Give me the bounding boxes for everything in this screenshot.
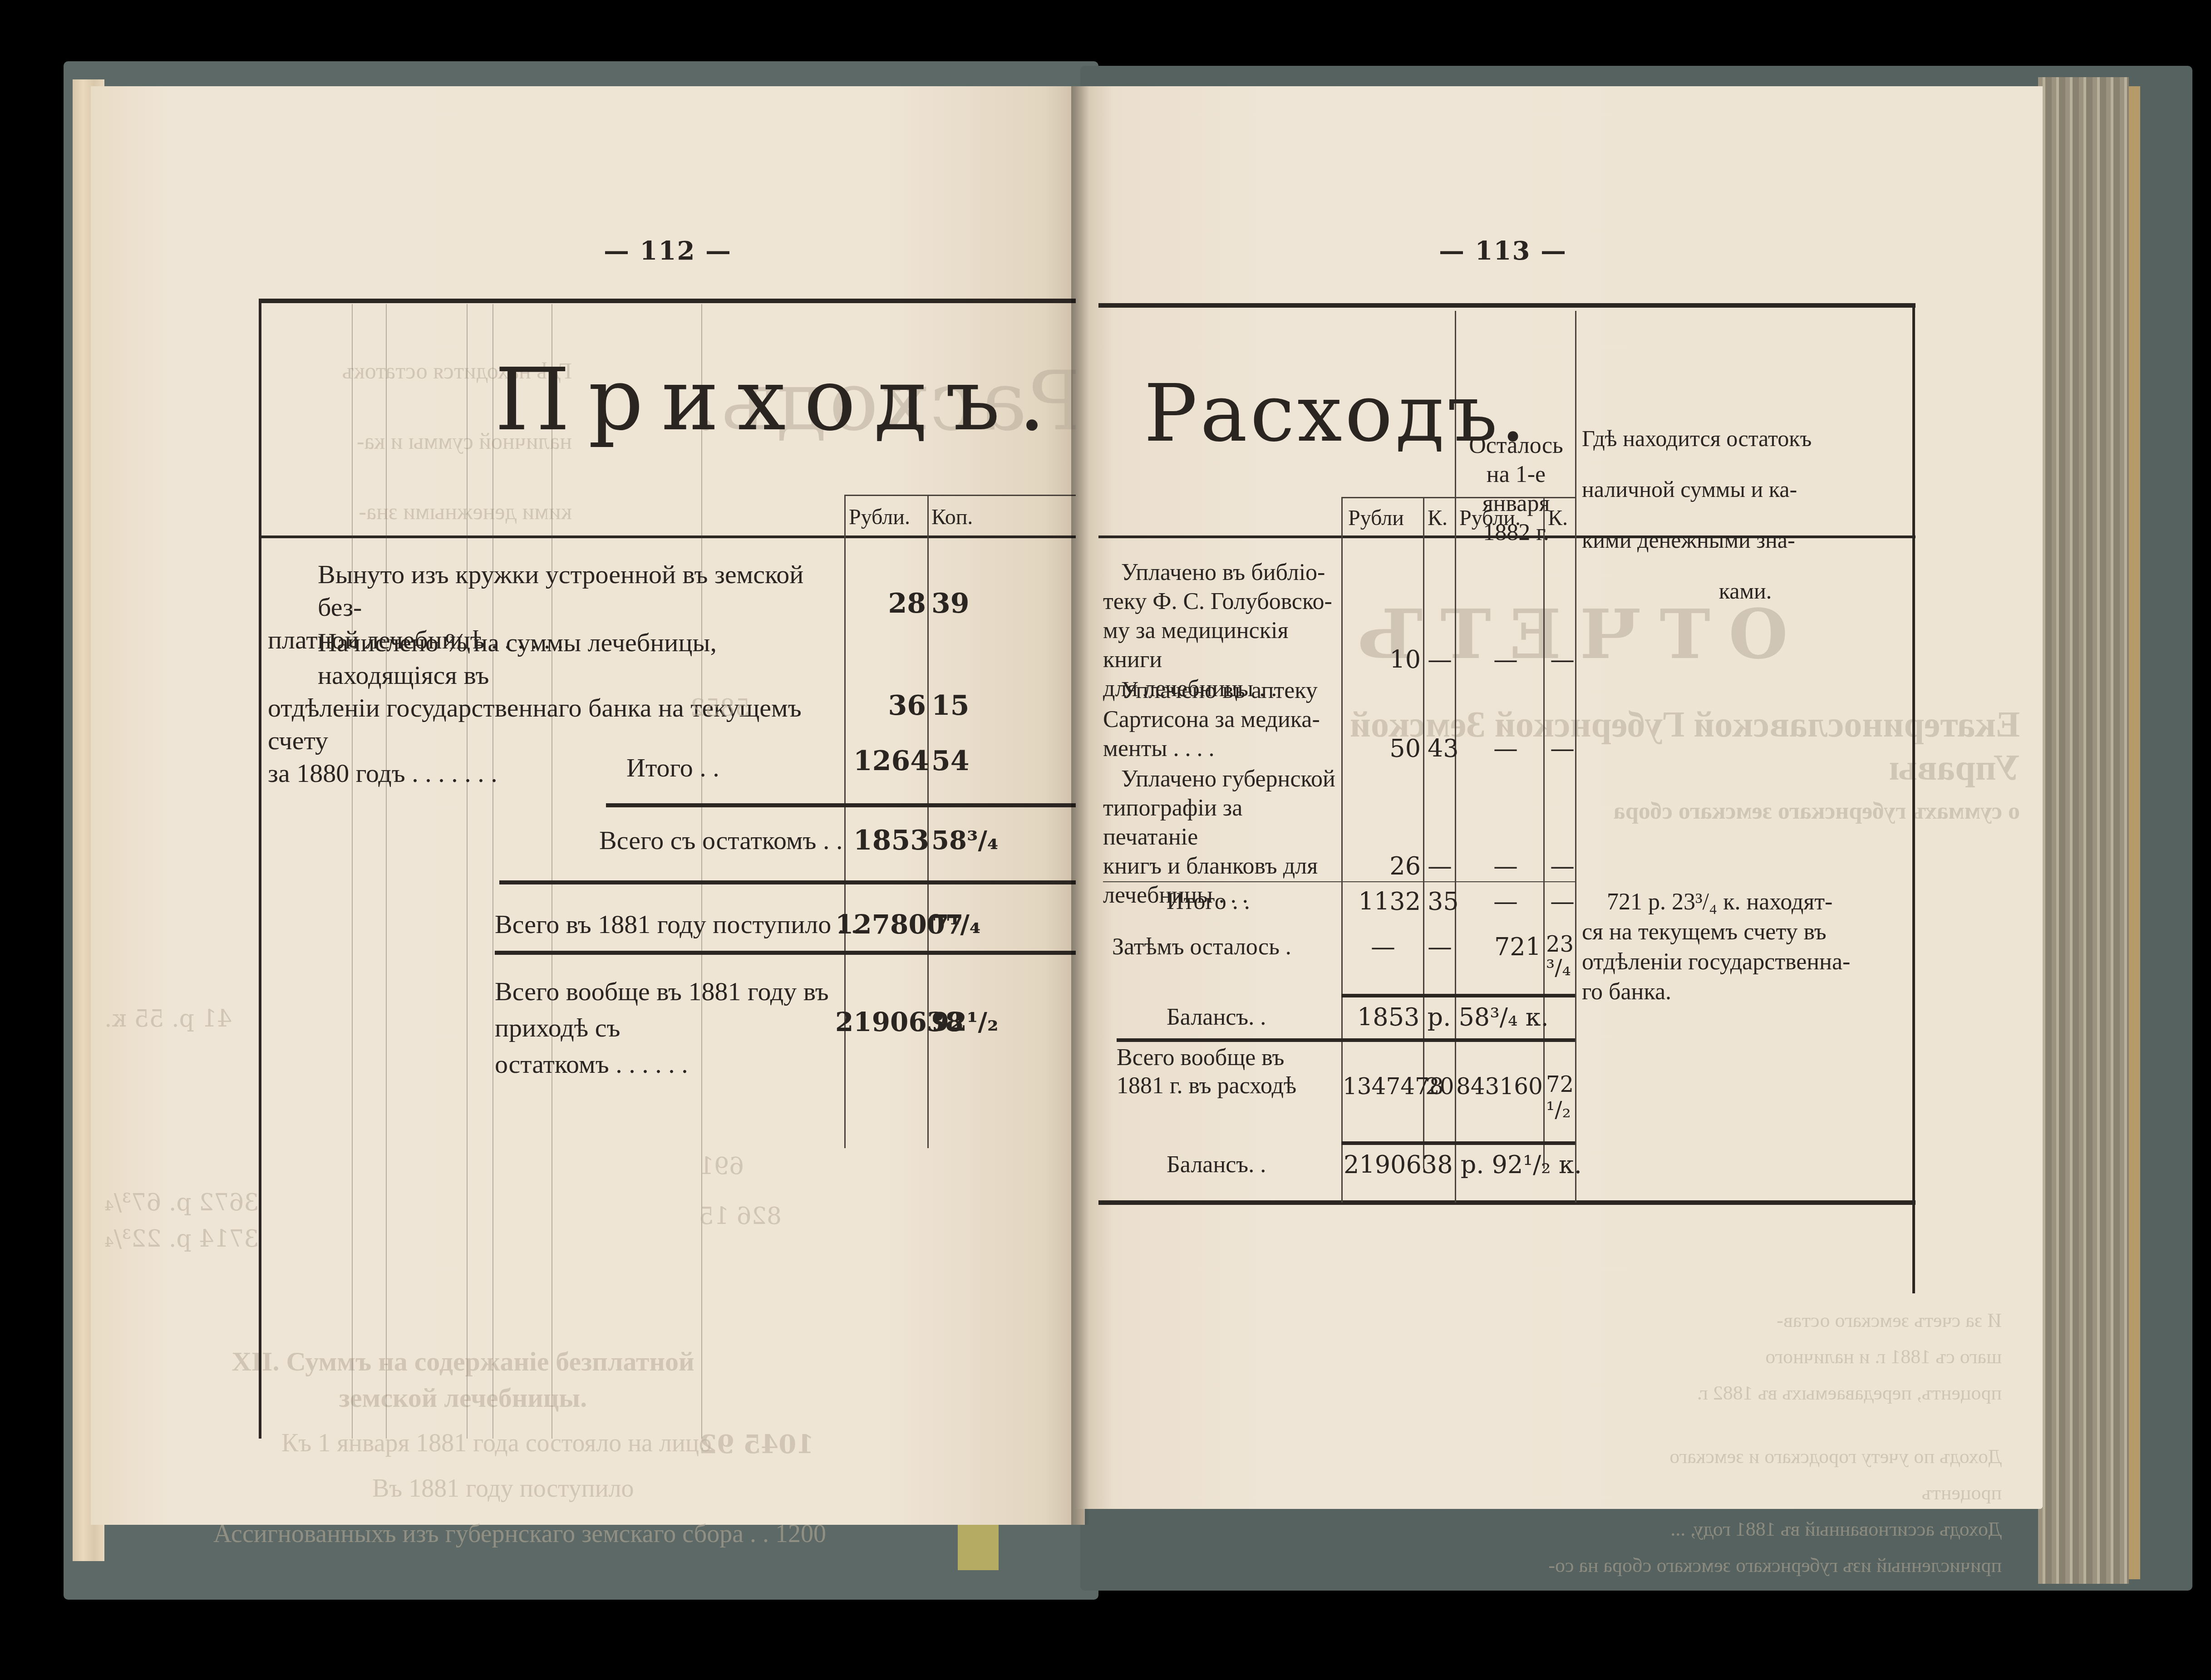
ghost-line: Въ 1881 году поступило (281, 1466, 1098, 1511)
header-bottom-rule (259, 535, 1085, 538)
col-header-kopecks: Коп. (931, 504, 973, 531)
table-top-rule (1098, 303, 1916, 308)
location-column-line (1575, 311, 1576, 1203)
column-line (386, 304, 387, 1439)
balance-2-value: 2190638 р. 92¹/₂ к. (1344, 1150, 1582, 1179)
ghost-bottom-lines: Къ 1 января 1881 года состояло на лицо В… (281, 1420, 1098, 1557)
entry-line: Всего вообще въ (1117, 1044, 1339, 1072)
vsego-voobshche-rubles: 1347478 (1343, 1072, 1422, 1101)
rubles-column-line (844, 495, 846, 1148)
col-header-kopecks-1: К. (1428, 505, 1448, 532)
entry-tipografiya-rubles-2: — (1493, 852, 1518, 881)
col-header-kopecks-2: К. (1548, 505, 1568, 532)
ghost-bottom-lines: И за счетъ земскаго остав- шаго съ 1881 … (1230, 1302, 2002, 1584)
table-top-rule (259, 299, 1085, 303)
entry-apteka: Уплачено въ аптеку Сартисона за медика- … (1103, 676, 1339, 763)
entry-biblioteka-kopecks: — (1428, 645, 1452, 674)
ghost-lines: Екатеринославской Губернской Земской Упр… (1248, 703, 2020, 833)
page-number-112: — 112 — (604, 236, 732, 266)
entry-line: Сартисона за медика- (1103, 705, 1339, 734)
balance-1-bottom-rule (1117, 1038, 1575, 1042)
kop2-column-line (1543, 497, 1545, 1169)
entry-line: Всего вообще въ 1881 году въ приходѣ съ (495, 973, 840, 1046)
vsego-voobshche-kopecks-2: 72 ¹/₂ (1546, 1072, 1573, 1123)
zatem-ostalos-label: Затѣмъ осталось . (1112, 933, 1291, 962)
itogo-rule (606, 803, 1087, 807)
header-line: на 1-е (1457, 460, 1575, 489)
vsego-s-ostatkom-label: Всего съ остаткомъ . . (599, 826, 843, 855)
entry-line: Уплачено губернской (1103, 765, 1339, 794)
entry-apteka-kopecks-2: — (1550, 734, 1575, 763)
entry-tipografiya-kopecks: — (1428, 852, 1452, 881)
entry-line: Уплачено въ аптеку (1103, 676, 1339, 705)
col-header-rubles: Рубли. (849, 504, 910, 531)
note-line: отдѣленіи государственна- (1582, 947, 1909, 977)
vsego-postupilo-rubles: 1278007 (835, 910, 926, 939)
itogo-kopecks-2: — (1550, 887, 1575, 916)
itogo-rule (1103, 881, 1575, 882)
ghost-line: процентъ (1230, 1475, 2002, 1511)
column-line (552, 304, 552, 1439)
col-header-rubles-2: Рубли. (1459, 505, 1521, 532)
entry-line: 1881 г. въ расходѣ (1117, 1072, 1339, 1100)
entry-line: остаткомъ . . . . . . (495, 1046, 840, 1082)
entry-line: Уплачено въ библіо- (1103, 558, 1339, 587)
entry-biblioteka-rubles-2: — (1493, 645, 1518, 674)
vsego-postupilo-label: Всего въ 1881 году поступило . . (495, 910, 857, 939)
entry-biblioteka-kopecks-2: — (1550, 645, 1575, 674)
vsego-voobshche: Всего вообще въ 1881 г. въ расходѣ (1117, 1044, 1339, 1100)
entry-line: типографіи за печатаніе (1103, 794, 1339, 852)
table-left-border (259, 300, 261, 1439)
vsego-s-ostatkom-kopecks: 58³/₄ (931, 826, 998, 855)
location-note: 721 р. 23³/₄ к. находят- ся на текущемъ … (1582, 887, 1909, 1007)
itogo-rubles: 1264 (853, 747, 926, 776)
ghost-side-amount: 41 р. 55 к. (104, 1005, 232, 1032)
vsego-voobshche-rubles-2: 843160 (1456, 1072, 1542, 1101)
kop1-column-line (1423, 497, 1424, 1169)
right-page-edge-gold (2129, 86, 2140, 1579)
balance-2-rule (1341, 1141, 1575, 1145)
vsego-voobshche-rubles: 2190638 (835, 1007, 926, 1036)
column-line (701, 304, 702, 1439)
zatem-ostalos-kopecks-2: 23 ³/₄ (1546, 933, 1573, 980)
gutter-shadow (1071, 86, 1089, 1525)
ghost-side-amount: 3714 р. 22³/₄ (104, 1225, 259, 1253)
entry-line: Начислено % на суммы лечебницы, находящі… (268, 626, 844, 692)
entry-nachisleno-rubles: 36 (853, 691, 926, 720)
ghost-line: Ассигнованныхъ изъ губернскаго земскаго … (213, 1511, 1098, 1557)
itogo-kopecks: 54 (931, 747, 970, 776)
entry-line: за 1880 годъ . . . . . . . (268, 757, 844, 790)
column-line (467, 304, 468, 1439)
kopecks-column-line (927, 495, 929, 1148)
ghost-line: процентъ, передаваемыхъ въ 1882 г. (1230, 1375, 2002, 1411)
ghost-bottom-heading: XII. Суммъ на содержаніе безплатной земс… (168, 1343, 758, 1416)
ghost-line: Доходъ ассигнованный въ 1881 году, ... (1230, 1511, 2002, 1547)
entry-nachisleno-kopecks: 15 (931, 691, 970, 720)
entry-apteka-kopecks: 43 (1428, 734, 1459, 763)
balance-1-label: Балансъ. . (1167, 1003, 1266, 1032)
ghost-side-amount: 691 (699, 1153, 744, 1180)
balance-2-label: Балансъ. . (1167, 1150, 1266, 1179)
ghost-line: И за счетъ земскаго остав- (1230, 1302, 2002, 1339)
vsego-s-ostatkom-rubles: 1853 (853, 826, 926, 855)
zatem-ostalos-rubles: — (1371, 933, 1395, 962)
column-line (492, 304, 493, 1439)
note-line: 721 р. 23³/₄ к. находят- (1582, 887, 1909, 917)
right-page-edges (2038, 77, 2129, 1584)
header-sub-rule (844, 495, 1085, 496)
entry-nachisleno: Начислено % на суммы лечебницы, находящі… (268, 626, 844, 790)
right-page: ОТЧЕТЪ Екатеринославской Губернской Земс… (1076, 86, 2043, 1509)
ghost-side-amount: 3672 р. 67³/₄ (104, 1189, 259, 1216)
itogo-rubles-2: — (1493, 887, 1518, 916)
ghost-line: Къ 1 января 1881 года состояло на лицо (281, 1420, 1098, 1466)
itogo-label: Итого . . (626, 753, 719, 782)
entry-line: отдѣленіи государственнаго банка на теку… (268, 692, 844, 757)
zatem-ostalos-rubles-2: 721 (1459, 933, 1541, 962)
ghost-line: Доходъ по учету городскаго и земскаго (1230, 1439, 2002, 1475)
vsego-voobshche: Всего вообще въ 1881 году въ приходѣ съ … (495, 973, 840, 1082)
balance-1-value: 1853 р. 58³/₄ к. (1357, 1003, 1549, 1032)
entry-line: теку Ф. С. Голубовско- (1103, 587, 1339, 616)
entry-vynuto-kopecks: 39 (931, 589, 970, 618)
location-header: Гдѣ находится остатокъ наличной суммы и … (1582, 413, 1909, 616)
itogo-rubles: 1132 (1346, 887, 1421, 916)
entry-line: менты . . . . (1103, 734, 1339, 763)
ghost-line: XII. Суммъ на содержаніе безплатной (168, 1343, 758, 1380)
ghost-line: о суммахъ губернскаго земскаго сбора (1248, 790, 2020, 833)
entry-apteka-rubles-2: — (1493, 734, 1518, 763)
col-header-rubles-1: Рубли (1348, 505, 1404, 532)
vsego-rule-1 (499, 880, 1087, 884)
note-line: ся на текущемъ счету въ (1582, 917, 1909, 947)
zatem-ostalos-kopecks: — (1428, 933, 1452, 962)
ghost-line: причисленный изъ губернскаго земскаго сб… (1230, 1547, 2002, 1584)
itogo-kopecks: 35 (1428, 887, 1459, 916)
entry-line: Вынуто изъ кружки устроенной въ земской … (268, 558, 844, 624)
ghost-side-amount: 1045 92 (699, 1429, 814, 1459)
page-number-113: — 113 — (1439, 236, 1567, 266)
left-page: Гдѣ находится остатокъ наличной суммы и … (91, 86, 1085, 1525)
header-line: кими денежными зна- (1582, 515, 1909, 565)
entry-tipografiya-rubles: 26 (1346, 852, 1421, 881)
header-line: Осталось (1457, 431, 1575, 460)
header-line: Гдѣ находится остатокъ (1582, 413, 1909, 464)
table-right-border (1912, 304, 1915, 1293)
section-title-prikhod: Приходъ. (495, 349, 1064, 450)
entry-line: му за медицинскія книги (1103, 616, 1339, 674)
table-bottom-rule (1098, 1200, 1916, 1205)
vsego-voobshche-kopecks: 92¹/₂ (931, 1007, 998, 1036)
column-line (352, 304, 353, 1439)
balance-1-rule (1341, 994, 1575, 997)
entry-line: книгъ и бланковъ для (1103, 852, 1339, 881)
header-line: ками. (1582, 565, 1909, 616)
ghost-line: шаго съ 1881 г. и наличного (1230, 1339, 2002, 1375)
vsego-postupilo-kopecks: 7¹/₄ (931, 910, 980, 939)
note-line: го банка. (1582, 977, 1909, 1007)
header-line: наличной суммы и ка- (1582, 464, 1909, 515)
vsego-rule-2 (495, 951, 1087, 955)
entry-apteka-rubles: 50 (1346, 734, 1421, 763)
entry-vynuto-rubles: 28 (853, 589, 926, 618)
ghost-side-amount: 5852 (690, 694, 750, 722)
itogo-label: Итого . . (1167, 887, 1250, 916)
entry-tipografiya-kopecks-2: — (1550, 852, 1575, 881)
ghost-line: земской лечебницы. (168, 1380, 758, 1416)
entry-biblioteka-rubles: 10 (1346, 645, 1421, 674)
ghost-side-amount: 826 15 (699, 1203, 782, 1230)
vsego-voobshche-kopecks: 20 (1425, 1072, 1454, 1101)
